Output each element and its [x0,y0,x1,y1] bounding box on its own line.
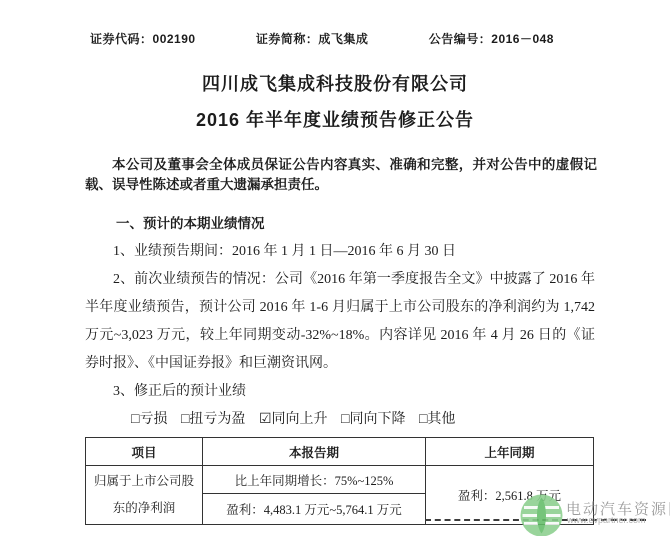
table-header-current-period: 本报告期 [203,438,426,466]
announcement-number-value: 2016－048 [491,32,554,46]
table-header-item: 项目 [86,438,203,466]
announcement-number: 公告编号：2016－048 [429,30,554,47]
revised-forecast-line: 3、修正后的预计业绩 [85,378,595,406]
checkbox-other: □其他 [419,406,455,434]
table-cell-growth: 比上年同期增长：75%~125% [203,466,426,494]
table-header-row: 项目 本报告期 上年同期 [86,438,594,466]
company-title: 四川成飞集成科技股份有限公司 [0,70,670,96]
stock-short-name-value: 成飞集成 [318,32,368,46]
previous-forecast-paragraph: 2、前次业绩预告的情况：公司《2016 年第一季度报告全文》中披露了 2016 … [85,266,595,378]
stock-code: 证券代码：002190 [90,30,196,47]
announcement-page: 证券代码：002190 证券简称：成飞集成 公告编号：2016－048 四川成飞… [0,0,670,536]
watermark-site-url: www.evpartner.com [567,515,646,525]
table-row-growth: 归属于上市公司股东的净利润 比上年同期增长：75%~125% 盈利：2,561.… [86,466,594,494]
checkbox-turn-profit: □扭亏为盈 [181,406,245,434]
checkbox-same-direction-down: □同向下降 [341,406,405,434]
evpartner-logo-icon [520,494,563,536]
section-1-heading: 一、预计的本期业绩情况 [85,210,595,238]
stock-code-value: 002190 [153,32,196,46]
board-disclaimer: 本公司及董事会全体成员保证公告内容真实、准确和完整，并对公告中的虚假记载、误导性… [85,155,597,195]
checkbox-loss: □亏损 [131,406,167,434]
document-header: 证券代码：002190 证券简称：成飞集成 公告编号：2016－048 [90,30,554,47]
table-cell-current-profit: 盈利：4,483.1 万元~5,764.1 万元 [203,494,426,525]
performance-table: 项目 本报告期 上年同期 归属于上市公司股东的净利润 比上年同期增长：75%~1… [85,437,594,525]
table-cell-item: 归属于上市公司股东的净利润 [86,466,203,525]
stock-short-name-label: 证券简称： [256,32,319,46]
table-header-prior-period: 上年同期 [426,438,594,466]
stock-code-label: 证券代码： [90,32,153,46]
forecast-type-options: □亏损 □扭亏为盈 ☑同向上升 □同向下降 □其他 [85,406,595,434]
announcement-title: 2016 年半年度业绩预告修正公告 [0,106,670,132]
forecast-period-line: 1、业绩预告期间：2016 年 1 月 1 日—2016 年 6 月 30 日 [85,238,595,266]
announcement-number-label: 公告编号： [429,32,492,46]
stock-short-name: 证券简称：成飞集成 [256,30,369,47]
checkbox-same-direction-up: ☑同向上升 [259,406,328,434]
section-1: 一、预计的本期业绩情况 1、业绩预告期间：2016 年 1 月 1 日—2016… [85,210,595,434]
